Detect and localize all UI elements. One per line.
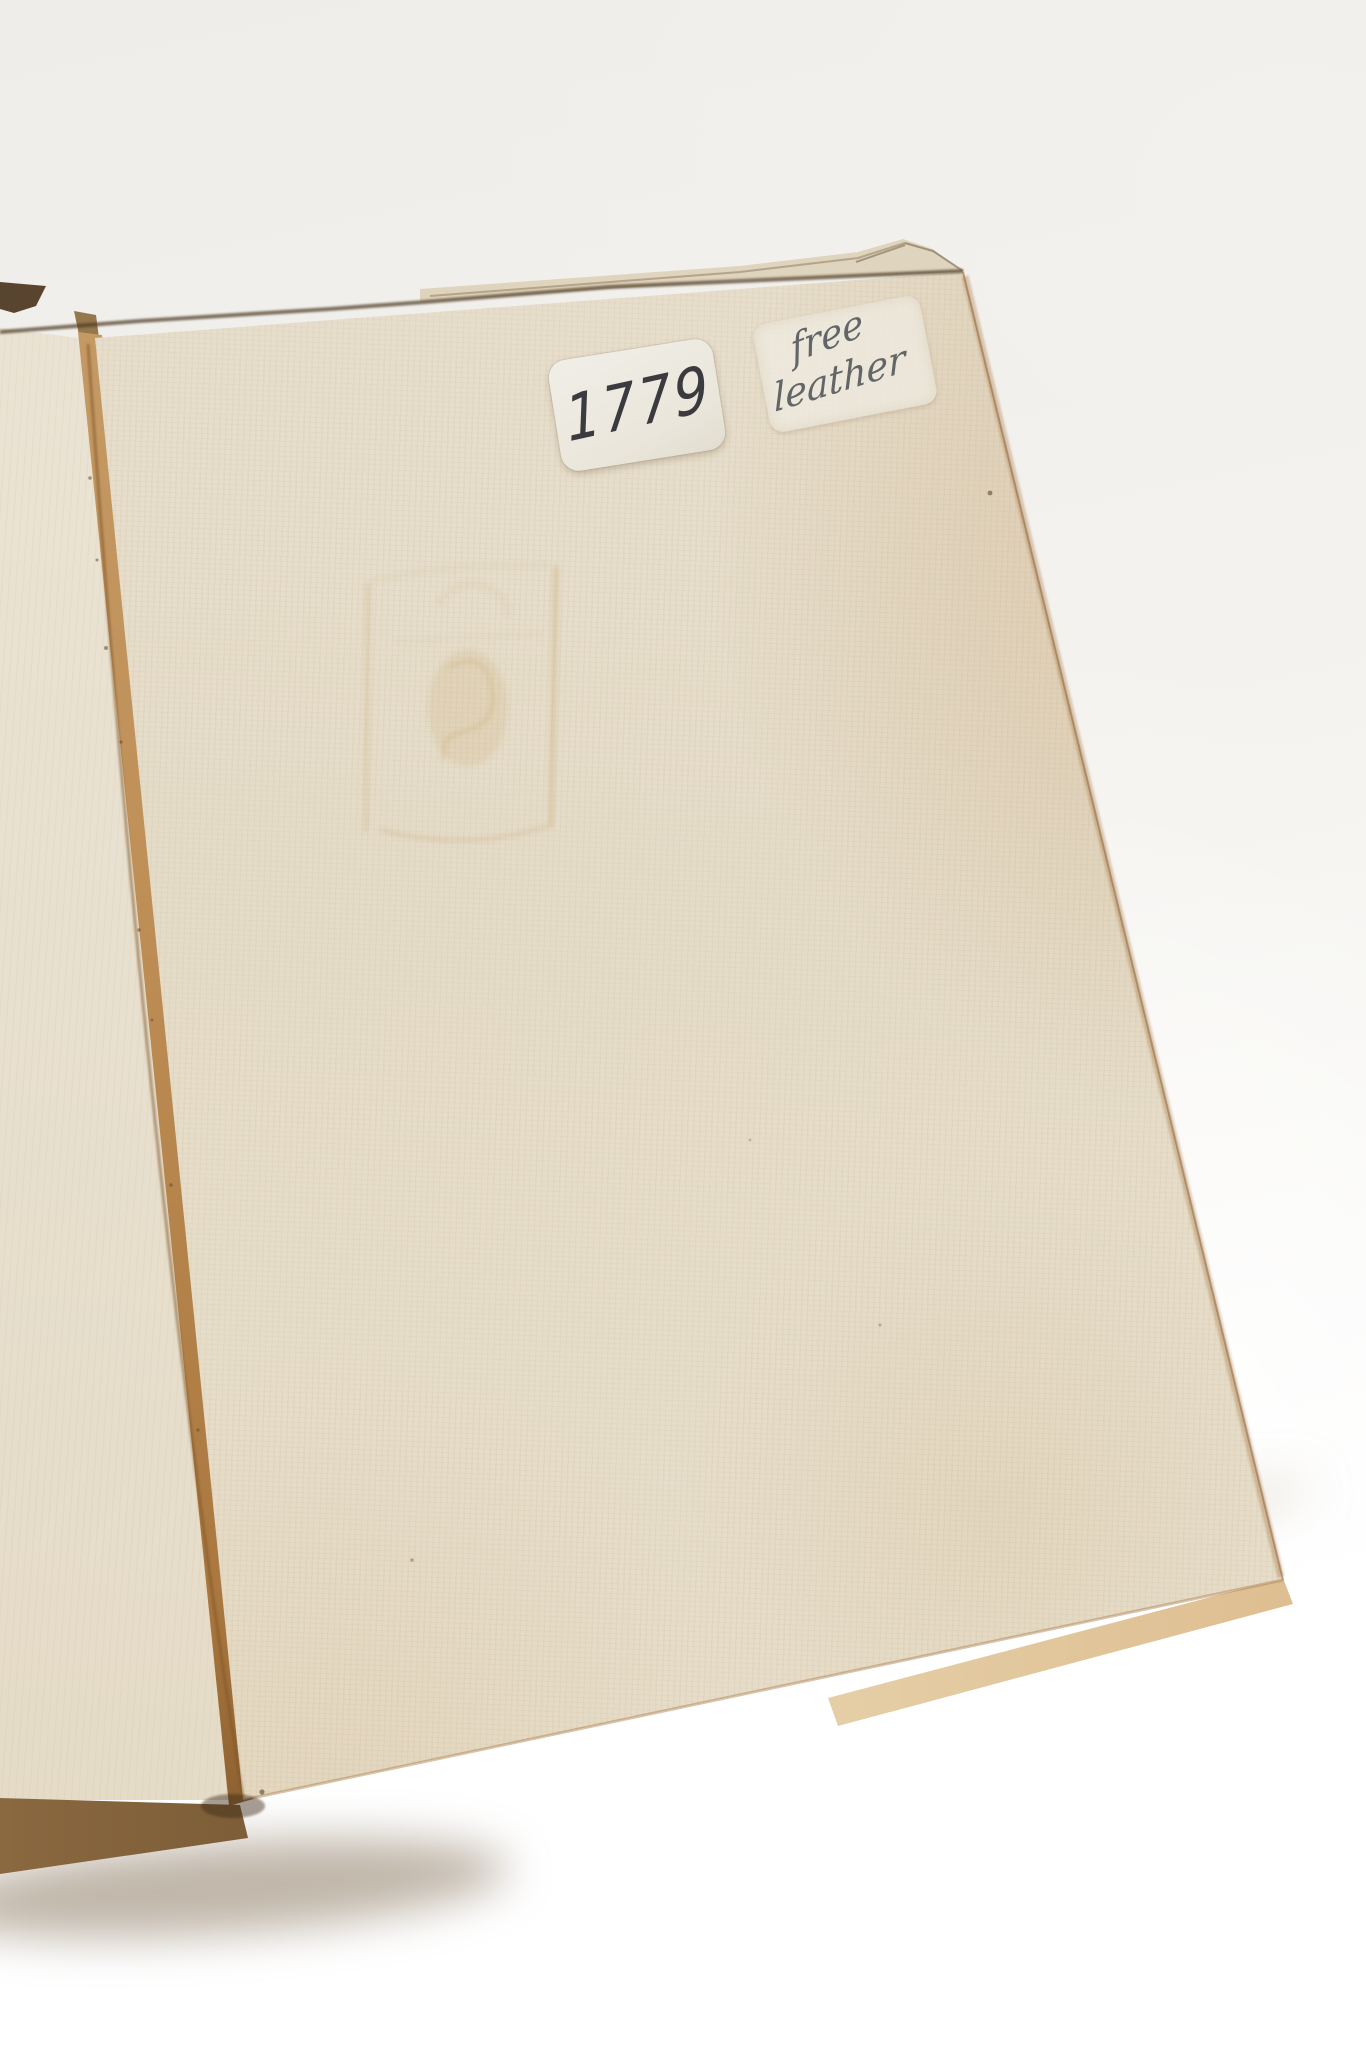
catalog-number: 1779	[564, 351, 711, 458]
photo-open-antique-book: 1779 free leather	[0, 0, 1366, 2048]
